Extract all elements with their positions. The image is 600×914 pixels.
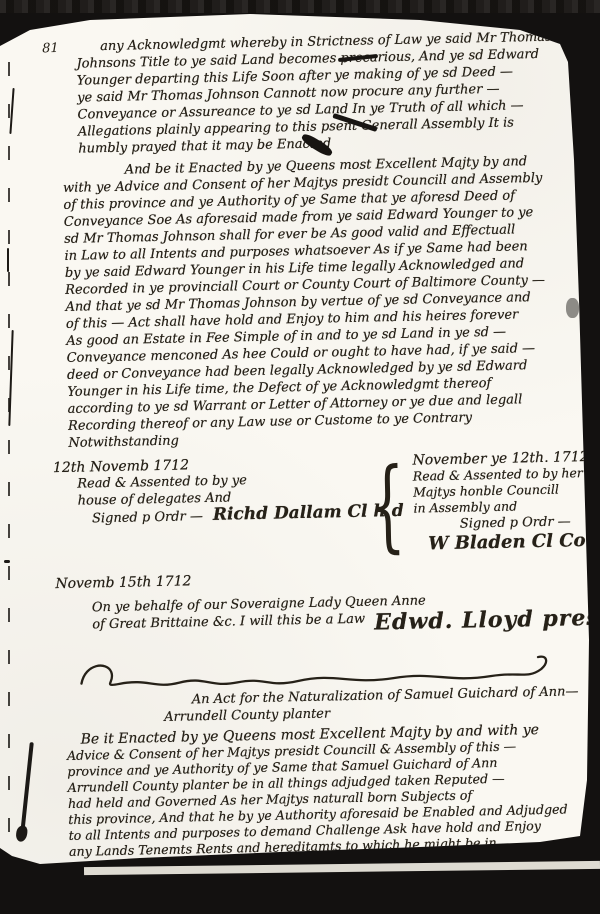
margin-ink-mark (4, 560, 10, 563)
manuscript-paper: 81 any Acknowledgmt whereby in Strictnes… (0, 0, 600, 872)
signed-label: Signed p Ordr — (92, 509, 203, 526)
petition-paragraph: any Acknowledgmt whereby in Strictness o… (76, 28, 594, 158)
margin-ink-mark (7, 248, 9, 272)
binding-crease-line (8, 62, 10, 838)
enacting-paragraph: And be it Enacted by ye Queens most Exce… (63, 152, 600, 452)
attestation-row: 12th Novemb 1712 Read & Assented to by y… (1, 449, 600, 574)
manuscript-text: 81 any Acknowledgmt whereby in Strictnes… (0, 0, 600, 872)
attestation-house-of-delegates: 12th Novemb 1712 Read & Assented to by y… (53, 454, 353, 572)
attestation-council-text: November ye 12th. 1712 Read & Assented t… (412, 448, 600, 555)
curly-brace-icon: { (369, 453, 406, 558)
naturalization-paragraph: Be it Enacted by ye Queens most Excellen… (66, 721, 600, 872)
signature-edward-lloyd: Edwd. Lloyd presidt (374, 604, 600, 635)
scanned-manuscript-page: 81 any Acknowledgmt whereby in Strictnes… (0, 0, 600, 872)
attestation-council: { November ye 12th. 1712 Read & Assented… (355, 448, 600, 566)
next-page-edge (84, 861, 600, 872)
folio-number: 81 (42, 41, 59, 56)
signature-w-bladen: W Bladen Cl Councill (428, 529, 600, 554)
royal-assent-block: On ye behalfe of our Soveraigne Lady Que… (92, 589, 600, 658)
scanner-edge-noise (0, 0, 600, 13)
